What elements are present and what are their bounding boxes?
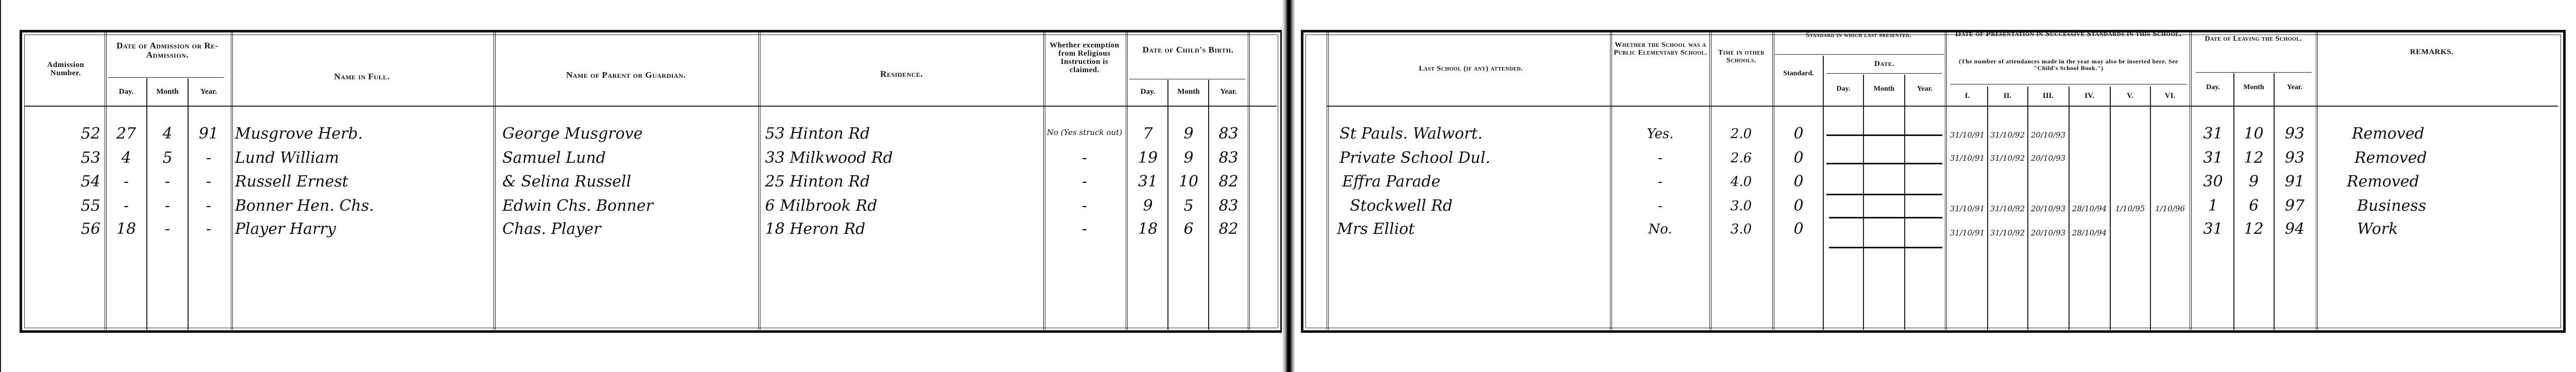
header-religious-exemption: Whether exemption from Religious Instruc…: [1046, 41, 1123, 74]
parent-name: Samuel Lund: [502, 150, 606, 166]
leave-day: 1: [2193, 198, 2233, 214]
header-residence: Residence.: [762, 70, 1041, 79]
admission-day: 18: [106, 222, 146, 237]
leave-month: 12: [2234, 222, 2274, 237]
admission-year: -: [189, 198, 229, 214]
presentation-I: 31/10/91: [1947, 205, 1987, 213]
col-divider: [1945, 32, 1947, 330]
birth-month: 9: [1168, 150, 1209, 166]
col-divider: [1610, 32, 1612, 330]
presentation-I: 31/10/91: [1947, 155, 1987, 162]
presentation-III: 20/10/93: [2028, 205, 2069, 213]
presentation-II: 31/10/92: [1988, 229, 2027, 237]
standard: 0: [1775, 150, 1822, 166]
admission-number: 52: [62, 126, 100, 142]
admission-number: 55: [62, 198, 100, 214]
col-divider: [758, 32, 760, 330]
admission-month: -: [147, 222, 188, 237]
pupil-name: Bonner Hen. Chs.: [235, 198, 374, 214]
header-adm-year: Year.: [189, 88, 229, 96]
parent-name: & Selina Russell: [502, 174, 631, 190]
birth-month: 6: [1168, 222, 1209, 237]
public-elementary: -: [1613, 174, 1708, 190]
religious-exemption: -: [1046, 174, 1123, 190]
admission-year: 91: [189, 126, 229, 142]
leave-year: 94: [2274, 222, 2315, 237]
subheader-rule: [1129, 79, 1245, 79]
header-leave-month: Month: [2234, 83, 2274, 92]
parent-name: Chas. Player: [502, 222, 601, 237]
last-school: St Pauls. Walwort.: [1340, 126, 1483, 142]
standard: 0: [1775, 126, 1822, 142]
leave-year: 93: [2274, 126, 2315, 142]
col-divider: [1043, 32, 1045, 330]
col-divider: [494, 32, 496, 330]
remarks: Removed: [2347, 174, 2419, 190]
residence: 25 Hinton Rd: [765, 174, 870, 190]
header-standard-II: II.: [1988, 92, 2027, 100]
admission-day: -: [106, 198, 146, 214]
time-other-schools: 2.6: [1711, 150, 1771, 166]
leave-day: 31: [2193, 150, 2233, 166]
header-standard-date: Date.: [1826, 59, 1942, 69]
header-std-day: Day.: [1824, 85, 1863, 93]
standard-date-dash: [1826, 194, 1942, 195]
pupil-name: Player Harry: [235, 222, 336, 237]
header-public-elementary: Whether the School was a Public Elementa…: [1614, 41, 1707, 57]
public-elementary: -: [1613, 198, 1708, 214]
col-divider: [2190, 32, 2192, 330]
birth-day: 31: [1128, 174, 1167, 190]
col-divider: [1772, 32, 1774, 330]
standard-date-dash: [1826, 163, 1942, 164]
header-presentation-title: Date of Presentation in Successive Stand…: [1950, 30, 2187, 38]
admission-year: -: [189, 174, 229, 190]
religious-exemption: -: [1046, 222, 1123, 237]
col-divider: [1126, 32, 1128, 330]
subheader-rule: [108, 77, 224, 78]
birth-month: 5: [1168, 198, 1209, 214]
last-school: Private School Dul.: [1340, 150, 1490, 166]
header-presentation-note: (The number of attendances made in the y…: [1953, 58, 2184, 72]
residence: 18 Heron Rd: [765, 222, 866, 237]
birth-year: 83: [1209, 150, 1248, 166]
birth-day: 9: [1128, 198, 1167, 214]
birth-year: 83: [1209, 126, 1248, 142]
admission-year: -: [189, 150, 229, 166]
birth-day: 18: [1128, 222, 1167, 237]
subheader-rule: [2196, 72, 2312, 73]
header-standard-VI: VI.: [2150, 92, 2190, 100]
col-divider: [1327, 32, 1329, 330]
leave-year: 91: [2274, 174, 2315, 190]
header-adm-month: Month: [147, 88, 188, 96]
remarks: Removed: [2352, 126, 2425, 142]
remarks: Work: [2357, 222, 2398, 237]
residence: 33 Milkwood Rd: [765, 150, 893, 166]
header-time-other-schools: Time in other Schools.: [1713, 49, 1770, 64]
header-standard-last-presented: Standard in which last presented.: [1775, 31, 1942, 39]
residence: 6 Milbrook Rd: [765, 198, 877, 214]
time-other-schools: 4.0: [1711, 174, 1771, 190]
sub-divider: [1823, 56, 1824, 330]
presentation-I: 31/10/91: [1947, 131, 1987, 139]
header-leave-year: Year.: [2274, 83, 2315, 92]
last-school: Mrs Elliot: [1337, 222, 1415, 237]
subheader-rule: [1826, 73, 1942, 74]
time-other-schools: 2.0: [1711, 126, 1771, 142]
header-rule: [25, 106, 1277, 107]
pupil-name: Musgrove Herb.: [235, 126, 363, 142]
leave-month: 12: [2234, 150, 2274, 166]
standard: 0: [1775, 174, 1822, 190]
admission-number: 53: [62, 150, 100, 166]
header-date-of-leaving: Date of Leaving the School.: [2194, 35, 2313, 43]
public-elementary: -: [1613, 150, 1708, 166]
presentation-III: 20/10/93: [2028, 229, 2069, 237]
last-school: Effra Parade: [1342, 174, 1440, 190]
header-admission-number: Admission Number.: [31, 61, 100, 77]
presentation-III: 20/10/93: [2028, 155, 2069, 162]
sub-divider: [1863, 75, 1864, 330]
header-standard-III: III.: [2028, 92, 2069, 100]
presentation-IV: 28/10/94: [2069, 229, 2110, 237]
admission-month: 4: [147, 126, 188, 142]
last-school: Stockwell Rd: [1350, 198, 1453, 214]
birth-year: 82: [1209, 222, 1248, 237]
header-last-school: Last School (if any) attended.: [1334, 64, 1607, 74]
admission-day: -: [106, 174, 146, 190]
header-adm-day: Day.: [106, 88, 146, 96]
header-standard: Standard.: [1775, 70, 1822, 78]
birth-month: 10: [1168, 174, 1209, 190]
leave-day: 31: [2193, 126, 2233, 142]
header-birth-month: Month: [1168, 88, 1209, 96]
presentation-II: 31/10/92: [1988, 131, 2027, 139]
parent-name: Edwin Chs. Bonner: [502, 198, 653, 214]
header-std-year: Year.: [1905, 85, 1944, 93]
standard-date-dash: [1829, 247, 1942, 248]
presentation-V: 1/10/95: [2110, 205, 2150, 213]
remarks: Removed: [2354, 150, 2427, 166]
admission-year: -: [189, 222, 229, 237]
pupil-name: Russell Ernest: [235, 174, 348, 190]
leave-month: 6: [2234, 198, 2274, 214]
birth-year: 82: [1209, 174, 1248, 190]
standard: 0: [1775, 222, 1822, 237]
remarks: Business: [2357, 198, 2426, 214]
parent-name: George Musgrove: [502, 126, 642, 142]
leave-month: 9: [2234, 174, 2274, 190]
header-standard-I: I.: [1947, 92, 1987, 100]
presentation-II: 31/10/92: [1988, 155, 2027, 162]
col-divider: [231, 32, 233, 330]
header-date-of-admission: Date of Admission or Re-Admission.: [108, 41, 227, 60]
col-divider: [1248, 32, 1250, 330]
birth-day: 7: [1128, 126, 1167, 142]
leave-month: 10: [2234, 126, 2274, 142]
religious-exemption: -: [1046, 198, 1123, 214]
time-other-schools: 3.0: [1711, 198, 1771, 214]
header-rule: [1327, 106, 2558, 107]
header-std-month: Month: [1864, 85, 1904, 93]
presentation-I: 31/10/91: [1947, 229, 1987, 237]
religious-exemption: No (Yes struck out): [1046, 129, 1123, 137]
standard: 0: [1775, 198, 1822, 214]
standard-date-dash: [1826, 134, 1942, 136]
header-standard-V: V.: [2110, 92, 2150, 100]
admission-number: 54: [62, 174, 100, 190]
presentation-III: 20/10/93: [2028, 131, 2069, 139]
presentation-VI: 1/10/96: [2150, 205, 2190, 213]
header-name-in-full: Name in Full.: [234, 72, 489, 81]
admission-month: -: [147, 198, 188, 214]
birth-year: 83: [1209, 198, 1248, 214]
presentation-II: 31/10/92: [1988, 205, 2027, 213]
col-divider: [2316, 32, 2318, 330]
header-birth-day: Day.: [1128, 88, 1167, 96]
header-birth-year: Year.: [1209, 88, 1248, 96]
subheader-rule: [1775, 54, 1944, 55]
sub-divider: [1904, 75, 1905, 330]
admission-day: 27: [106, 126, 146, 142]
admission-number: 56: [62, 222, 100, 237]
leave-day: 30: [2193, 174, 2233, 190]
birth-month: 9: [1168, 126, 1209, 142]
admission-day: 4: [106, 150, 146, 166]
subheader-rule: [1950, 84, 2187, 84]
public-elementary: No.: [1613, 222, 1708, 237]
time-other-schools: 3.0: [1711, 222, 1771, 237]
presentation-IV: 28/10/94: [2069, 205, 2110, 213]
header-parent-guardian: Name of Parent or Guardian.: [497, 71, 755, 80]
leave-year: 93: [2274, 150, 2315, 166]
admission-month: 5: [147, 150, 188, 166]
religious-exemption: -: [1046, 150, 1123, 166]
header-standard-IV: IV.: [2069, 92, 2110, 100]
public-elementary: Yes.: [1613, 126, 1708, 142]
header-remarks: REMARKS.: [2318, 47, 2545, 57]
birth-day: 19: [1128, 150, 1167, 166]
standard-date-dash: [1829, 217, 1942, 218]
leave-year: 97: [2274, 198, 2315, 214]
header-leave-day: Day.: [2193, 83, 2233, 92]
book-binding-gutter: [1282, 0, 1295, 372]
header-date-of-birth: Date of Child's Birth.: [1129, 45, 1247, 55]
admission-month: -: [147, 174, 188, 190]
residence: 53 Hinton Rd: [765, 126, 870, 142]
leave-day: 31: [2193, 222, 2233, 237]
pupil-name: Lund William: [235, 150, 339, 166]
